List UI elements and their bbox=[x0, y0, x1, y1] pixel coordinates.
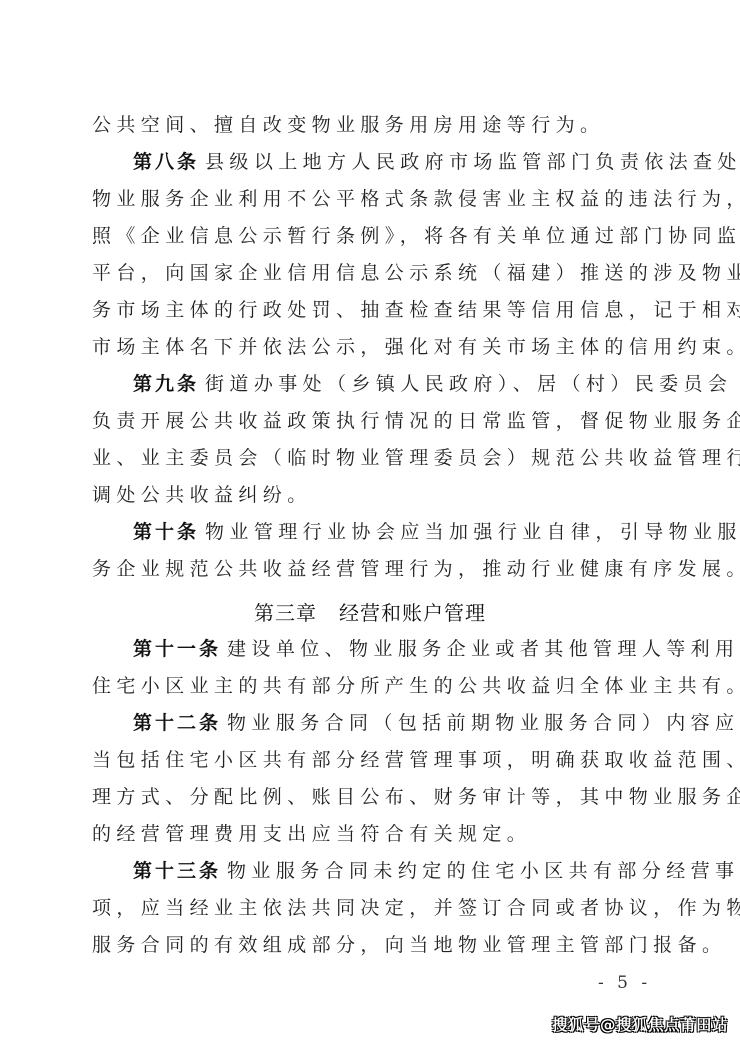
paragraph-line: 服务合同的有效组成部分，向当地物业管理主管部门报备。 bbox=[92, 933, 648, 957]
article-10-line: 第十条物业管理行业协会应当加强行业自律，引导物业服 bbox=[133, 520, 648, 544]
article-8-line: 第八条县级以上地方人民政府市场监管部门负责依法查处 bbox=[133, 150, 648, 174]
article-12-line: 第十二条物业服务合同（包括前期物业服务合同）内容应 bbox=[133, 711, 648, 735]
line-text: 公共空间、擅自改变物业服务用房用途等行为。 bbox=[92, 114, 604, 136]
paragraph-line: 理方式、分配比例、账目公布、财务审计等，其中物业服务企业 bbox=[92, 785, 648, 809]
paragraph-line: 务市场主体的行政处罚、抽查检查结果等信用信息，记于相对应 bbox=[92, 298, 648, 322]
article-label: 第十二条 bbox=[133, 712, 221, 734]
line-text: 物业服务合同未约定的住宅小区共有部分经营事 bbox=[227, 860, 739, 882]
paragraph-line: 调处公共收益纠纷。 bbox=[92, 483, 648, 507]
line-text: 街道办事处（乡镇人民政府）、居（村）民委员会 bbox=[205, 373, 732, 395]
paragraph-line: 市场主体名下并依法公示，强化对有关市场主体的信用约束。 bbox=[92, 335, 648, 359]
paragraph-line: 项，应当经业主依法共同决定，并签订合同或者协议，作为物业 bbox=[92, 896, 648, 920]
line-text: 理方式、分配比例、账目公布、财务审计等，其中物业服务企业 bbox=[92, 786, 740, 808]
line-text: 市场主体名下并依法公示，强化对有关市场主体的信用约束。 bbox=[92, 336, 740, 358]
line-text: 平台，向国家企业信用信息公示系统（福建）推送的涉及物业服 bbox=[92, 262, 740, 284]
paragraph-line: 公共空间、擅自改变物业服务用房用途等行为。 bbox=[92, 113, 648, 137]
line-text: 项，应当经业主依法共同决定，并签订合同或者协议，作为物业 bbox=[92, 897, 740, 919]
line-text: 调处公共收益纠纷。 bbox=[92, 484, 312, 506]
line-text: 物业服务合同（包括前期物业服务合同）内容应 bbox=[227, 712, 739, 734]
line-text: 务市场主体的行政处罚、抽查检查结果等信用信息，记于相对应 bbox=[92, 299, 740, 321]
chapter-heading: 第三章经营和账户管理 bbox=[0, 600, 740, 626]
line-text: 县级以上地方人民政府市场监管部门负责依法查处 bbox=[205, 151, 740, 173]
article-label: 第十条 bbox=[133, 521, 199, 543]
paragraph-line: 当包括住宅小区共有部分经营管理事项，明确获取收益范围、管 bbox=[92, 748, 648, 772]
article-11-line: 第十一条建设单位、物业服务企业或者其他管理人等利用 bbox=[133, 637, 648, 661]
chapter-number: 第三章 bbox=[254, 601, 317, 625]
paragraph-line: 平台，向国家企业信用信息公示系统（福建）推送的涉及物业服 bbox=[92, 261, 648, 285]
article-label: 第十一条 bbox=[133, 638, 221, 660]
article-9-line: 第九条街道办事处（乡镇人民政府）、居（村）民委员会 bbox=[133, 372, 648, 396]
line-text: 照《企业信息公示暂行条例》，将各有关单位通过部门协同监管 bbox=[92, 225, 740, 247]
paragraph-line: 物业服务企业利用不公平格式条款侵害业主权益的违法行为，依 bbox=[92, 187, 648, 211]
article-label: 第十三条 bbox=[133, 860, 221, 882]
source-watermark: 搜狐号@搜狐焦点莆田站 bbox=[552, 1014, 728, 1036]
line-text: 务企业规范公共收益经营管理行为，推动行业健康有序发展。 bbox=[92, 558, 740, 580]
paragraph-line: 务企业规范公共收益经营管理行为，推动行业健康有序发展。 bbox=[92, 557, 648, 581]
line-text: 当包括住宅小区共有部分经营管理事项，明确获取收益范围、管 bbox=[92, 749, 740, 771]
paragraph-line: 业、业主委员会（临时物业管理委员会）规范公共收益管理行为， bbox=[92, 446, 648, 470]
line-text: 负责开展公共收益政策执行情况的日常监管，督促物业服务企 bbox=[92, 410, 740, 432]
line-text: 住宅小区业主的共有部分所产生的公共收益归全体业主共有。 bbox=[92, 675, 740, 697]
chapter-title: 经营和账户管理 bbox=[339, 601, 486, 625]
paragraph-line: 照《企业信息公示暂行条例》，将各有关单位通过部门协同监管 bbox=[92, 224, 648, 248]
line-text: 物业服务企业利用不公平格式条款侵害业主权益的违法行为，依 bbox=[92, 188, 740, 210]
line-text: 物业管理行业协会应当加强行业自律，引导物业服 bbox=[205, 521, 740, 543]
article-label: 第八条 bbox=[133, 151, 199, 173]
document-page: 公共空间、擅自改变物业服务用房用途等行为。 第八条县级以上地方人民政府市场监管部… bbox=[0, 0, 740, 1046]
paragraph-line: 的经营管理费用支出应当符合有关规定。 bbox=[92, 822, 648, 846]
article-13-line: 第十三条物业服务合同未约定的住宅小区共有部分经营事 bbox=[133, 859, 648, 883]
article-label: 第九条 bbox=[133, 373, 199, 395]
line-text: 服务合同的有效组成部分，向当地物业管理主管部门报备。 bbox=[92, 934, 726, 956]
paragraph-line: 住宅小区业主的共有部分所产生的公共收益归全体业主共有。 bbox=[92, 674, 648, 698]
page-number: - 5 - bbox=[598, 972, 651, 994]
paragraph-line: 负责开展公共收益政策执行情况的日常监管，督促物业服务企 bbox=[92, 409, 648, 433]
line-text: 的经营管理费用支出应当符合有关规定。 bbox=[92, 823, 531, 845]
line-text: 建设单位、物业服务企业或者其他管理人等利用 bbox=[227, 638, 739, 660]
line-text: 业、业主委员会（临时物业管理委员会）规范公共收益管理行为， bbox=[92, 447, 740, 469]
